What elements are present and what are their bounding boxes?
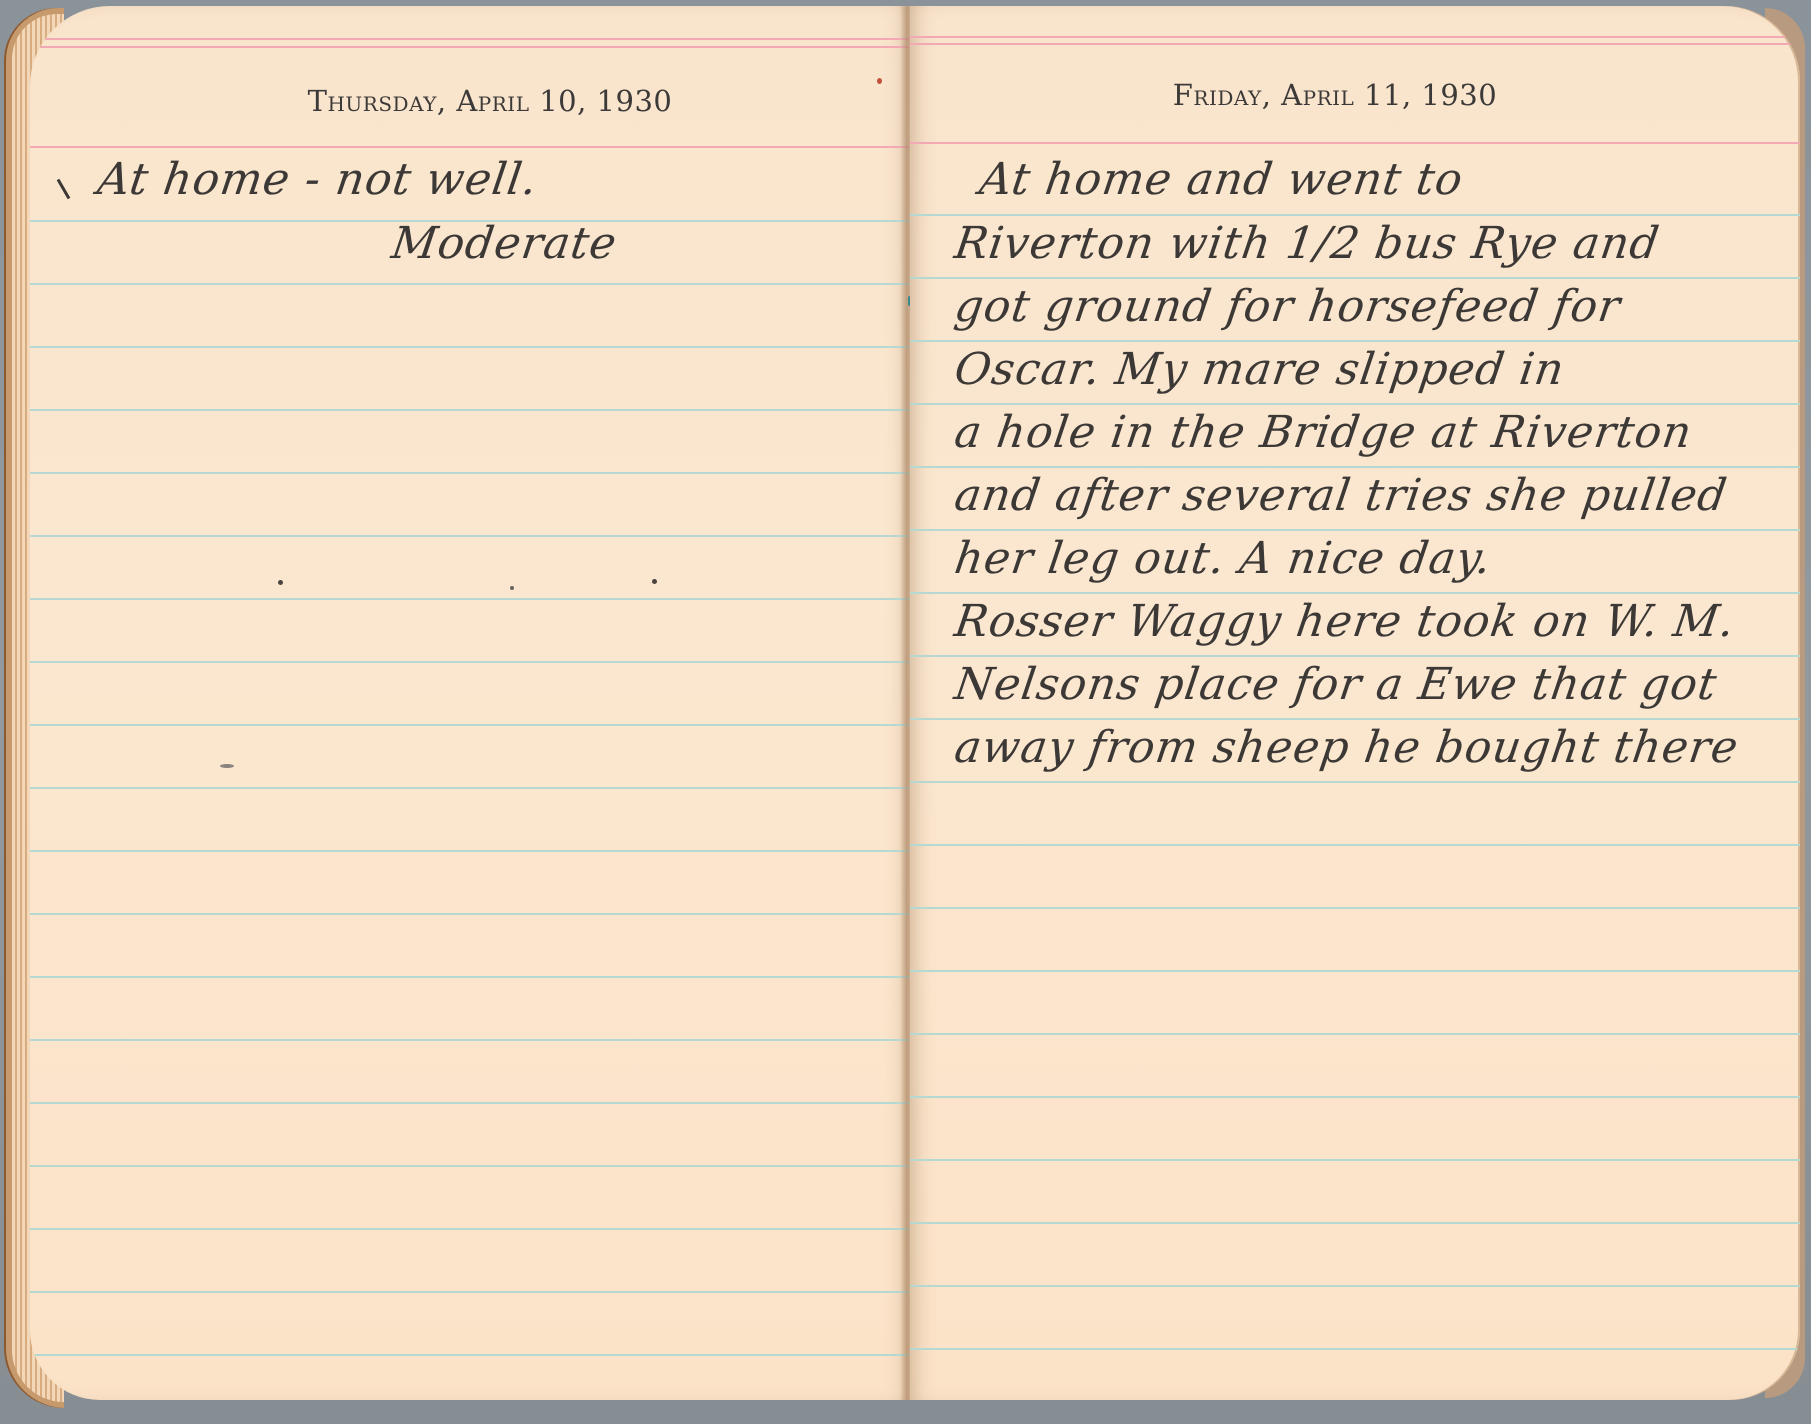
header-rule-top	[910, 36, 1800, 38]
ruled-line	[30, 1228, 910, 1230]
header-rule-top-2	[30, 46, 910, 48]
ruled-line	[910, 1033, 1800, 1035]
ruled-line	[910, 655, 1800, 657]
ruled-line	[910, 1096, 1800, 1098]
ruled-line	[910, 340, 1800, 342]
ruled-line	[910, 466, 1800, 468]
ruled-line	[910, 718, 1800, 720]
header-rule-top-2	[910, 43, 1800, 45]
ruled-line	[910, 1285, 1800, 1287]
handwritten-line: Rosser Waggy here took on W. M.	[910, 596, 1800, 647]
ruled-line	[910, 592, 1800, 594]
handwritten-line: her leg out. A nice day.	[910, 533, 1800, 584]
ruled-line	[30, 976, 910, 978]
ruled-line	[30, 724, 910, 726]
ruled-line	[910, 1222, 1800, 1224]
ruled-line	[30, 1039, 910, 1041]
ruled-line	[30, 472, 910, 474]
ruled-line	[910, 214, 1800, 216]
ruled-line	[30, 661, 910, 663]
handwritten-line: away from sheep he bought there	[910, 722, 1800, 773]
ruled-line	[910, 970, 1800, 972]
ruled-line	[30, 598, 910, 600]
ink-spot	[510, 586, 514, 590]
ruled-line	[910, 781, 1800, 783]
handwritten-line: got ground for horsefeed for	[910, 281, 1800, 332]
ruled-line	[910, 1159, 1800, 1161]
header-rule-top	[30, 38, 910, 40]
right-page-date-header: Friday, April 11, 1930	[910, 78, 1800, 112]
left-page-date-header: Thursday, April 10, 1930	[30, 84, 910, 118]
red-spot	[877, 78, 882, 84]
handwritten-line: a hole in the Bridge at Riverton	[910, 407, 1800, 458]
ink-spot	[652, 579, 657, 584]
ruled-line	[910, 403, 1800, 405]
right-page: Friday, April 11, 1930 At home and went …	[910, 6, 1800, 1400]
ruled-line	[30, 1102, 910, 1104]
handwritten-line: Moderate	[30, 218, 910, 269]
ruled-line	[30, 913, 910, 915]
header-rule-bottom	[910, 142, 1800, 144]
left-page: Thursday, April 10, 1930 At home - not w…	[30, 6, 910, 1400]
ruled-line	[910, 907, 1800, 909]
ruled-line	[30, 1354, 910, 1356]
handwritten-line: Oscar. My mare slipped in	[910, 344, 1800, 395]
ruled-line	[910, 1348, 1800, 1350]
handwritten-line: Nelsons place for a Ewe that got	[910, 659, 1800, 710]
header-rule-bottom	[30, 146, 910, 148]
ruled-line	[910, 844, 1800, 846]
open-diary: Thursday, April 10, 1930 At home - not w…	[0, 0, 1811, 1424]
handwritten-line: At home and went to	[910, 154, 1800, 205]
ruled-line	[30, 283, 910, 285]
handwritten-line: At home - not well.	[30, 154, 910, 205]
ruled-line	[30, 1291, 910, 1293]
ruled-line	[30, 535, 910, 537]
ruled-line	[30, 850, 910, 852]
ruled-line	[30, 787, 910, 789]
ruled-line	[30, 346, 910, 348]
ruled-line	[30, 409, 910, 411]
ruled-line	[910, 277, 1800, 279]
ruled-line	[30, 1165, 910, 1167]
ink-spot	[220, 764, 234, 768]
handwritten-line: and after several tries she pulled	[910, 470, 1800, 521]
ruled-line	[910, 529, 1800, 531]
ink-spot	[278, 580, 283, 585]
handwritten-line: Riverton with 1/2 bus Rye and	[910, 218, 1800, 269]
